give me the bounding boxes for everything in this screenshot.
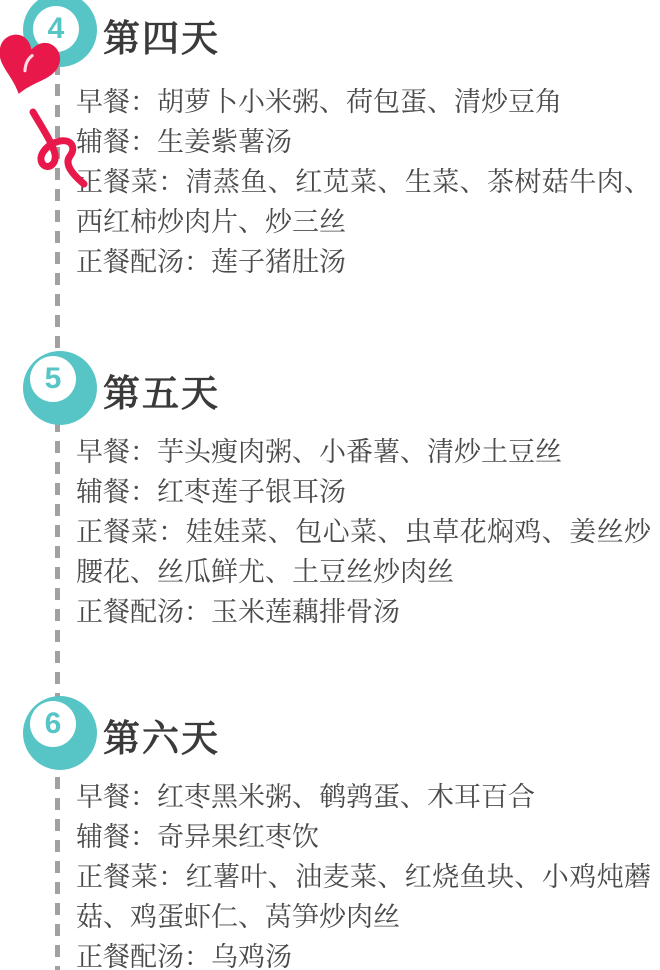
meal-content: 胡萝卜小米粥、荷包蛋、清炒豆角 [157,87,562,117]
squiggle-icon [28,106,90,190]
meal-label: 正餐配汤： [76,942,211,970]
meal-label: 正餐菜： [76,862,186,892]
day-number: 6 [45,709,62,739]
meal-content: 红枣莲子银耳汤 [157,477,346,507]
meal-label: 辅餐： [76,822,157,852]
day-number-badge-inner: 5 [30,356,76,402]
meal-list: 早餐：红枣黑米粥、鹌鹑蛋、木耳百合 辅餐：奇异果红枣饮 正餐菜：红薯叶、油麦菜、… [76,777,651,970]
meal-label: 早餐： [76,437,157,467]
day-section-5: 5 第五天 早餐：芋头瘦肉粥、小番薯、清炒土豆丝 辅餐：红枣莲子银耳汤 正餐菜：… [0,351,660,696]
heart-icon [0,30,64,114]
day-section-4: 4 第四天 早餐：胡萝卜小米粥、荷包蛋、清炒豆角 辅餐：生姜紫薯汤 正餐菜：清蒸… [0,0,660,351]
day-number-badge-inner: 6 [30,701,76,747]
meal-content: 玉米莲藕排骨汤 [211,597,400,627]
meal-line-breakfast: 早餐：胡萝卜小米粥、荷包蛋、清炒豆角 [76,82,651,122]
day-title: 第六天 [103,708,220,762]
day-title: 第五天 [103,363,220,417]
meal-label: 正餐配汤： [76,247,211,277]
meal-content: 乌鸡汤 [211,942,292,970]
day-title: 第四天 [103,8,220,62]
meal-content: 生姜紫薯汤 [157,127,292,157]
meal-label: 早餐： [76,782,157,812]
meal-content: 芋头瘦肉粥、小番薯、清炒土豆丝 [157,437,562,467]
meal-line-snack: 辅餐：生姜紫薯汤 [76,122,651,162]
meal-label: 正餐配汤： [76,597,211,627]
meal-line-dinner-soup: 正餐配汤：乌鸡汤 [76,937,651,970]
meal-content: 奇异果红枣饮 [157,822,319,852]
meal-line-dinner-soup: 正餐配汤：玉米莲藕排骨汤 [76,592,651,632]
day-number-badge: 6 [23,696,97,770]
day-number: 5 [45,364,62,394]
meal-list: 早餐：胡萝卜小米粥、荷包蛋、清炒豆角 辅餐：生姜紫薯汤 正餐菜：清蒸鱼、红苋菜、… [76,82,651,282]
day-section-6: 6 第六天 早餐：红枣黑米粥、鹌鹑蛋、木耳百合 辅餐：奇异果红枣饮 正餐菜：红薯… [0,696,660,970]
meal-list: 早餐：芋头瘦肉粥、小番薯、清炒土豆丝 辅餐：红枣莲子银耳汤 正餐菜：娃娃菜、包心… [76,432,651,632]
meal-line-snack: 辅餐：红枣莲子银耳汤 [76,472,651,512]
meal-label: 辅餐： [76,477,157,507]
meal-plan-page: 4 第四天 早餐：胡萝卜小米粥、荷包蛋、清炒豆角 辅餐：生姜紫薯汤 正餐菜：清蒸… [0,0,660,970]
meal-line-dinner-dishes: 正餐菜：娃娃菜、包心菜、虫草花焖鸡、姜丝炒腰花、丝瓜鲜尤、土豆丝炒肉丝 [76,512,651,592]
meal-content: 莲子猪肚汤 [211,247,346,277]
meal-line-dinner-dishes: 正餐菜：清蒸鱼、红苋菜、生菜、茶树菇牛肉、西红柿炒肉片、炒三丝 [76,162,651,242]
meal-line-breakfast: 早餐：红枣黑米粥、鹌鹑蛋、木耳百合 [76,777,651,817]
meal-line-snack: 辅餐：奇异果红枣饮 [76,817,651,857]
meal-line-breakfast: 早餐：芋头瘦肉粥、小番薯、清炒土豆丝 [76,432,651,472]
day-number-badge: 5 [23,351,97,425]
meal-label: 正餐菜： [76,517,186,547]
meal-line-dinner-dishes: 正餐菜：红薯叶、油麦菜、红烧鱼块、小鸡炖蘑菇、鸡蛋虾仁、莴笋炒肉丝 [76,857,651,937]
meal-content: 红枣黑米粥、鹌鹑蛋、木耳百合 [157,782,535,812]
meal-line-dinner-soup: 正餐配汤：莲子猪肚汤 [76,242,651,282]
meal-label: 正餐菜： [76,167,186,197]
